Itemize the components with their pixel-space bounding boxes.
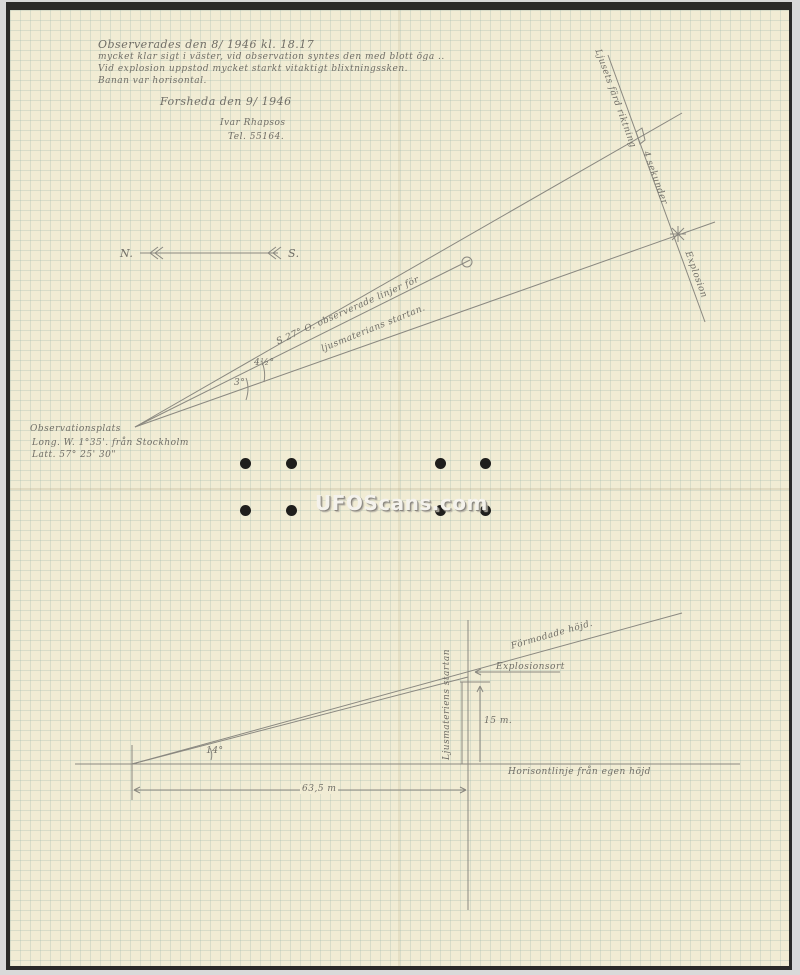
telephone: Tel. 55164. bbox=[228, 132, 284, 142]
punch-hole bbox=[240, 458, 251, 469]
watermark: UFOScans.com bbox=[315, 491, 488, 515]
vertical-label: Ljusmateriens startan bbox=[442, 649, 452, 760]
upper-height-line bbox=[132, 613, 682, 764]
angle-label-1: 3° bbox=[234, 378, 245, 388]
angle-arc-1 bbox=[246, 378, 248, 400]
observer-label: Observationsplats bbox=[30, 424, 121, 434]
compass-north-label: N. bbox=[120, 247, 133, 260]
upper-sight-line bbox=[135, 113, 682, 427]
note-line-1: Observerades den 8/ 1946 kl. 18.17 bbox=[98, 38, 314, 51]
explosion-point-label: Explosionsort bbox=[496, 662, 565, 672]
horizon-label: Horisontlinje från egen höjd bbox=[508, 767, 651, 777]
graph-paper-page: Observerades den 8/ 1946 kl. 18.17 mycke… bbox=[10, 10, 789, 966]
punch-hole bbox=[480, 458, 491, 469]
distance-label: 63,5 m bbox=[300, 784, 338, 794]
longitude-label: Long. W. 1°35'. från Stockholm bbox=[32, 438, 189, 448]
punch-hole bbox=[240, 505, 251, 516]
elevation-angle-label: 14° bbox=[206, 746, 223, 756]
latitude-label: Latt. 57° 25' 30" bbox=[32, 450, 116, 460]
explosion-star-icon bbox=[670, 226, 686, 242]
note-line-3: Vid explosion uppstod mycket starkt vita… bbox=[98, 64, 408, 74]
punch-hole bbox=[435, 458, 446, 469]
angle-label-2: 4½° bbox=[254, 358, 274, 368]
height-label: 15 m. bbox=[484, 716, 512, 726]
punch-hole bbox=[286, 505, 297, 516]
note-line-2: mycket klar sigt i väster, vid observati… bbox=[98, 52, 445, 62]
signature: Ivar Rhapsos bbox=[220, 118, 286, 128]
note-line-4: Banan var horisontal. bbox=[98, 76, 207, 86]
object-marker-icon bbox=[636, 128, 645, 144]
place-date: Forsheda den 9/ 1946 bbox=[160, 95, 292, 108]
compass-south-label: S. bbox=[288, 247, 300, 260]
punch-hole bbox=[286, 458, 297, 469]
lower-height-line bbox=[132, 677, 468, 764]
pencil-diagrams bbox=[10, 10, 789, 966]
middle-sight-line bbox=[135, 260, 470, 427]
